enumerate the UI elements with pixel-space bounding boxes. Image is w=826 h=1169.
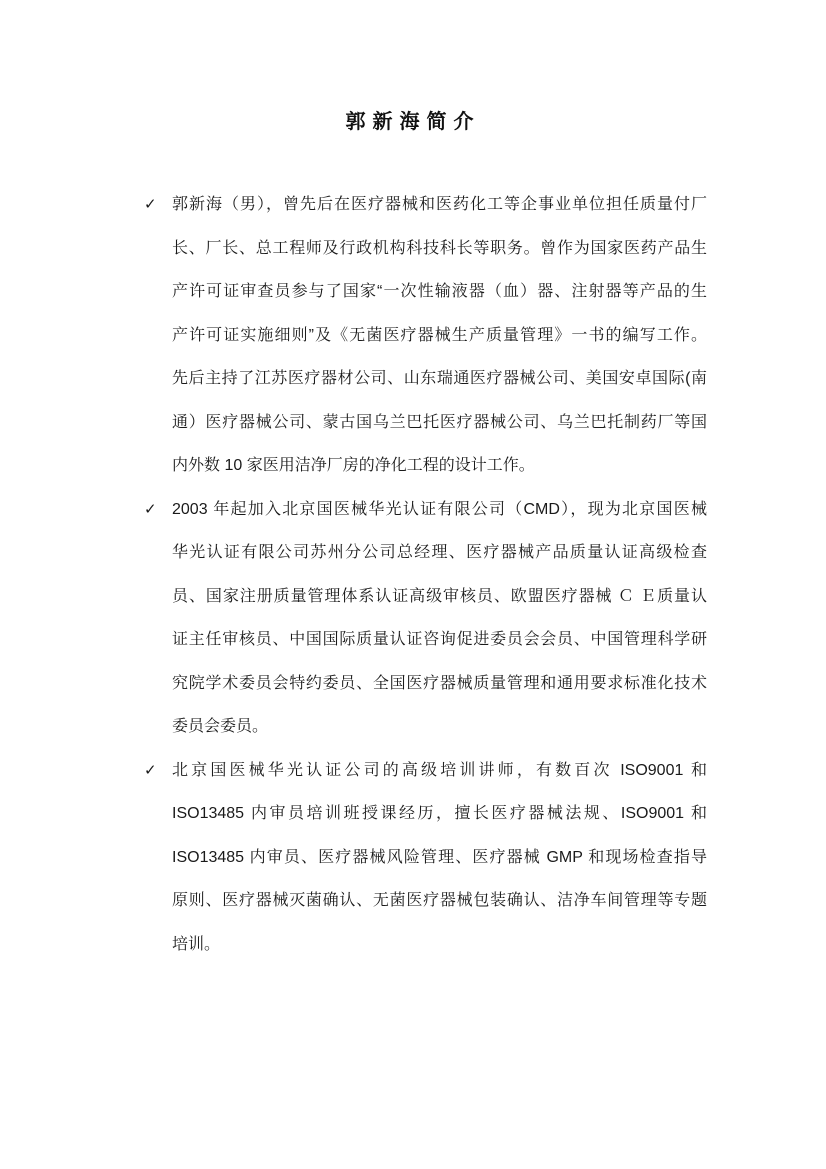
list-item: ✓2003 年起加入北京国医械华光认证有限公司（CMD），现为北京国医械华光认证…	[143, 488, 707, 749]
text-line: 2003 年起加入北京国医械华光认证有限公司（CMD），现为北京国医械	[172, 488, 707, 532]
bullet-list: ✓郭新海（男），曾先后在医疗器械和医药化工等企事业单位担任质量付厂长、厂长、总工…	[143, 183, 707, 966]
text-line: 究院学术委员会特约委员、全国医疗器械质量管理和通用要求标准化技术	[172, 662, 707, 706]
text-line: ISO13485 内审员培训班授课经历，擅长医疗器械法规、ISO9001 和	[172, 792, 707, 836]
checkmark-icon: ✓	[144, 183, 157, 227]
checkmark-icon: ✓	[144, 488, 157, 532]
text-line: 华光认证有限公司苏州分公司总经理、医疗器械产品质量认证高级检查	[172, 531, 707, 575]
text-line: 委员会委员。	[172, 705, 707, 749]
text-line: 证主任审核员、中国国际质量认证咨询促进委员会会员、中国管理科学研	[172, 618, 707, 662]
text-line: 郭新海（男），曾先后在医疗器械和医药化工等企事业单位担任质量付厂	[172, 183, 707, 227]
list-item: ✓郭新海（男），曾先后在医疗器械和医药化工等企事业单位担任质量付厂长、厂长、总工…	[143, 183, 707, 488]
text-line: 通）医疗器械公司、蒙古国乌兰巴托医疗器械公司、乌兰巴托制药厂等国	[172, 401, 707, 445]
list-item: ✓北京国医械华光认证公司的高级培训讲师，有数百次 ISO9001 和ISO134…	[143, 749, 707, 967]
text-line: 原则、医疗器械灭菌确认、无菌医疗器械包装确认、洁净车间管理等专题	[172, 879, 707, 923]
paragraph: 郭新海（男），曾先后在医疗器械和医药化工等企事业单位担任质量付厂长、厂长、总工程…	[172, 183, 707, 488]
text-line: 北京国医械华光认证公司的高级培训讲师，有数百次 ISO9001 和	[172, 749, 707, 793]
text-line: 内外数 10 家医用洁净厂房的净化工程的设计工作。	[172, 444, 707, 488]
text-line: 培训。	[172, 923, 707, 967]
text-line: 产许可证实施细则”及《无菌医疗器械生产质量管理》一书的编写工作。	[172, 314, 707, 358]
page-title: 郭新海简介	[0, 108, 826, 135]
document-page: 郭新海简介 ✓郭新海（男），曾先后在医疗器械和医药化工等企事业单位担任质量付厂长…	[0, 0, 826, 1169]
paragraph: 北京国医械华光认证公司的高级培训讲师，有数百次 ISO9001 和ISO1348…	[172, 749, 707, 967]
paragraph: 2003 年起加入北京国医械华光认证有限公司（CMD），现为北京国医械华光认证有…	[172, 488, 707, 749]
text-line: 先后主持了江苏医疗器材公司、山东瑞通医疗器械公司、美国安卓国际(南	[172, 357, 707, 401]
text-line: 长、厂长、总工程师及行政机构科技科长等职务。曾作为国家医药产品生	[172, 227, 707, 271]
text-line: 员、国家注册质量管理体系认证高级审核员、欧盟医疗器械 Ｃ Ｅ质量认	[172, 575, 707, 619]
text-line: 产许可证审查员参与了国家“一次性输液器（血）器、注射器等产品的生	[172, 270, 707, 314]
text-line: ISO13485 内审员、医疗器械风险管理、医疗器械 GMP 和现场检查指导	[172, 836, 707, 880]
checkmark-icon: ✓	[144, 749, 157, 793]
